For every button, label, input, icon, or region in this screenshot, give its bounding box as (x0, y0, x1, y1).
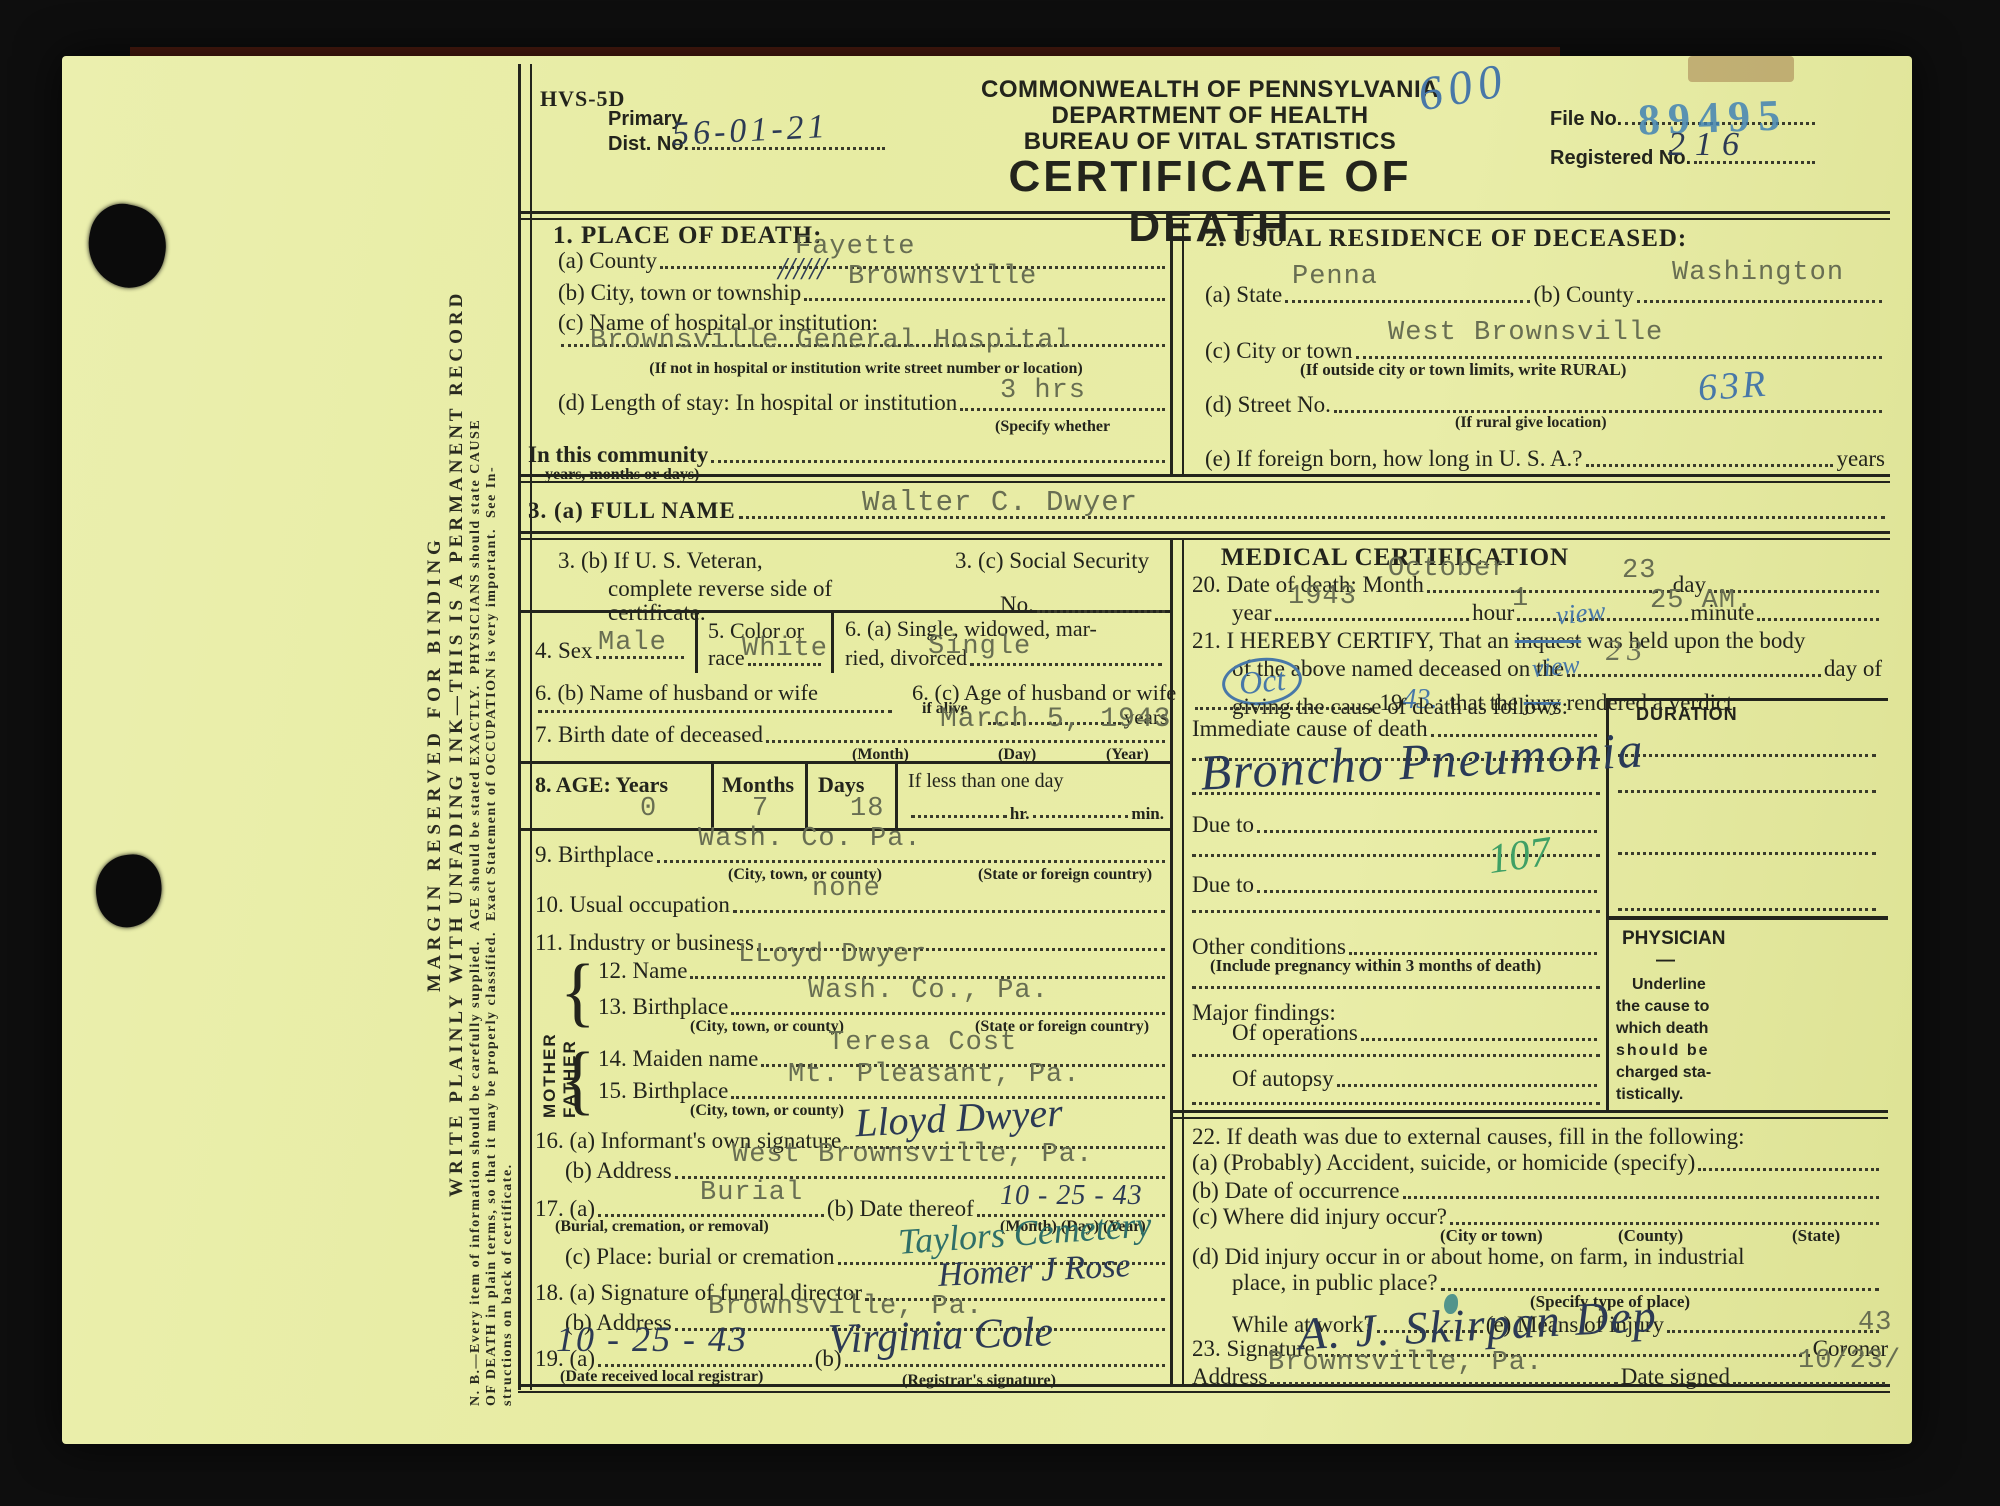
death-hour-value: 1 (1512, 584, 1529, 614)
husband-wife-label: 6. (b) Name of husband or wife (535, 680, 818, 706)
occupation-value: none (812, 874, 881, 904)
maiden-name-value: Teresa Cost (828, 1028, 1017, 1058)
dotted-line (1586, 462, 1834, 467)
dotted-line (1567, 672, 1821, 677)
dotted-line (911, 813, 1007, 818)
dotted-line (845, 1362, 1165, 1367)
birthplace-value: Wash. Co. Pa. (698, 824, 922, 854)
certify-line-1: 21. I HEREBY CERTIFY, That an inquest wa… (1192, 628, 1805, 654)
pregnancy-note: (Include pregnancy within 3 months of de… (1210, 956, 1541, 976)
dotted-line (598, 1362, 812, 1367)
coroner-address-label: Address (1192, 1364, 1267, 1390)
binding-margin-text: MARGIN RESERVED FOR BINDING WRITE PLAINL… (424, 60, 516, 1412)
margin-line-3: N. B.—Every item of information should b… (468, 60, 484, 1412)
sex-cell-divider-2 (831, 613, 834, 673)
less-than-day-header: If less than one day (908, 770, 1064, 793)
handwritten-view-1: view (1555, 595, 1607, 631)
registrar-signature: Virginia Cole (827, 1308, 1054, 1364)
ssn-label-2: No. (1000, 592, 1034, 618)
birth-date-label: 7. Birth date of deceased (535, 722, 763, 748)
dotted-line (1667, 1328, 1879, 1333)
mother-brace: { (560, 1036, 596, 1125)
occupation-label: 10. Usual occupation (535, 892, 730, 918)
duration-box-bottom (1606, 916, 1888, 920)
dotted-line (804, 296, 1165, 301)
death-year-label: year (1232, 600, 1272, 626)
burial-place-label: (c) Place: burial or cremation (565, 1244, 835, 1270)
dotted-line (1033, 813, 1129, 818)
death-minute-value: 25 AM. (1650, 586, 1753, 616)
tape-mark (1688, 56, 1794, 82)
dotted-line (1698, 1166, 1879, 1171)
county-residence-value: Washington (1672, 258, 1844, 288)
date-signed-label: Date signed (1621, 1364, 1730, 1390)
dotted-line (766, 738, 1165, 743)
occurrence-date-label: (b) Date of occurrence (1192, 1178, 1400, 1204)
dotted-line (1757, 616, 1879, 621)
age-cell-divider-3 (895, 764, 898, 828)
of-autopsy-label: Of autopsy (1232, 1066, 1334, 1092)
registrar-signature-note: (Registrar's signature) (902, 1372, 1056, 1390)
dotted-line (538, 708, 892, 713)
veteran-label-3: certificate. (608, 600, 706, 626)
accident-label: (a) (Probably) Accident, suicide, or hom… (1192, 1150, 1695, 1176)
length-of-stay-label: (d) Length of stay: In hospital or insti… (558, 390, 957, 416)
cause-code-107: 107 (1485, 828, 1554, 884)
burial-note: (Burial, cremation, or removal) (555, 1218, 769, 1236)
ssn-label-1: 3. (c) Social Security (955, 548, 1149, 574)
certify-pre: 21. I HEREBY CERTIFY, That an (1192, 628, 1515, 653)
column-divider-bottom (1170, 538, 1184, 1386)
rural-location-note: (If rural give location) (1455, 414, 1607, 432)
sex-label: 4. Sex (535, 638, 593, 664)
age-cell-divider-1 (711, 764, 714, 828)
rule-above-22 (1172, 1110, 1888, 1119)
foreign-born-label: (e) If foreign born, how long in U. S. A… (1205, 446, 1583, 472)
dotted-line (733, 908, 1165, 913)
injury-city-note: (City or town) (1440, 1226, 1543, 1246)
dotted-line (731, 1010, 1165, 1015)
inquest-word-struck: inquest (1515, 628, 1581, 653)
date-signed-year-value: 43 (1858, 1308, 1892, 1338)
margin-line-2: WRITE PLAINLY WITH UNFADING INK—THIS IS … (446, 60, 468, 1412)
dotted-line (1334, 408, 1882, 413)
inquest-day-handwritten: 23 (1606, 634, 1648, 668)
death-year-value: 1943 (1288, 582, 1357, 612)
handwritten-view-2: view (1531, 650, 1581, 684)
dotted-line (1037, 608, 1165, 613)
dotted-line (1733, 1380, 1885, 1385)
margin-line-1: MARGIN RESERVED FOR BINDING (424, 60, 446, 1412)
column-divider-top (1170, 218, 1184, 474)
ops-dotted (1192, 1052, 1600, 1057)
handwritten-slashes: ////// (778, 250, 825, 287)
duration-dotted-2 (1618, 788, 1876, 793)
father-brace: { (560, 948, 596, 1037)
other-dotted (1192, 984, 1600, 989)
autopsy-dotted (1192, 1100, 1600, 1105)
dotted-line (1637, 298, 1882, 303)
county-residence-label: (b) County (1533, 282, 1633, 308)
injury-place-label-1: (d) Did injury occur in or about home, o… (1192, 1244, 1745, 1270)
min-label: min. (1131, 804, 1164, 823)
death-hour-label: hour (1472, 600, 1514, 626)
dotted-line (1403, 1194, 1879, 1199)
dotted-line (657, 858, 1165, 863)
dotted-line (1270, 1380, 1617, 1385)
age-years-value: 0 (640, 794, 657, 824)
screenshot-root: { "colors":{"paper":"#e9eda8","ink":"#23… (0, 0, 2000, 1506)
year-note: (Year) (1106, 746, 1149, 764)
father-birthplace-value: Wash. Co., Pa. (808, 976, 1049, 1006)
dotted-line (1349, 950, 1597, 955)
physician-note-5: charged sta- (1616, 1064, 1711, 1082)
dotted-line (711, 458, 1165, 463)
specify-whether-note: (Specify whether (995, 418, 1110, 436)
marital-value: Single (928, 632, 1031, 662)
physician-note-1: Underline (1632, 976, 1706, 994)
injury-state-note: (State) (1792, 1226, 1840, 1246)
due-dotted-2 (1192, 908, 1600, 913)
duration-dotted-1 (1618, 752, 1876, 757)
state-value: Penna (1292, 262, 1378, 292)
city-or-town-value: West Brownsville (1388, 318, 1663, 348)
physician-note-3: which death (1616, 1020, 1708, 1038)
dotted-line (960, 406, 1165, 411)
dotted-line (1356, 354, 1882, 359)
city-town-value: Brownsville (848, 262, 1037, 292)
injury-where-label: (c) Where did injury occur? (1192, 1204, 1447, 1230)
section2-title: 2. USUAL RESIDENCE OF DECEASED: (1205, 225, 1687, 253)
full-name-label: 3. (a) FULL NAME (528, 498, 736, 524)
due-to-1-label: Due to (1192, 812, 1254, 838)
rule-above-fullname (518, 474, 1890, 483)
hospital-value: Brownsville General Hospital (590, 326, 1072, 356)
dotted-line (1450, 1220, 1879, 1225)
dotted-line (1361, 1036, 1597, 1041)
mother-birthplace-note: (City, town, or county) (690, 1102, 844, 1120)
age-months-value: 7 (752, 794, 769, 824)
death-month-value: October (1388, 554, 1508, 584)
birthplace-label: 9. Birthplace (535, 842, 654, 868)
informant-address-label: (b) Address (565, 1158, 672, 1184)
duration-dotted-4 (1618, 906, 1876, 911)
file-no-label: File No. (1550, 108, 1622, 130)
mother-birthplace-value: Mt. Pleasant, Pa. (788, 1060, 1080, 1090)
rule-age-top (521, 761, 1170, 764)
duration-dotted-3 (1618, 850, 1876, 855)
full-name-value: Walter C. Dwyer (862, 486, 1138, 519)
veteran-label-2: complete reverse side of (608, 576, 832, 602)
dotted-line (598, 1212, 824, 1217)
in-this-community-label: In this community (528, 442, 708, 468)
physician-header: PHYSICIAN (1622, 928, 1725, 950)
maiden-name-label: 14. Maiden name (598, 1046, 758, 1072)
death-day-value: 23 (1622, 556, 1656, 586)
org-line-1: COMMONWEALTH OF PENNSYLVANIA (950, 76, 1470, 104)
father-name-value: LLoyd Dwyer (738, 940, 927, 970)
street-no-label: (d) Street No. (1205, 392, 1331, 418)
father-birthplace-note-1: (City, town, or county) (690, 1018, 844, 1036)
rural-note: (If outside city or town limits, write R… (1300, 360, 1626, 380)
due-to-2-label: Due to (1192, 872, 1254, 898)
dotted-line (1337, 1082, 1597, 1087)
mother-birthplace-label: 15. Birthplace (598, 1078, 728, 1104)
org-line-2: DEPARTMENT OF HEALTH (950, 102, 1470, 130)
date-signed-value: 10/23/ (1798, 1346, 1901, 1376)
age-cell-divider-2 (805, 764, 808, 828)
dotted-line (1257, 888, 1597, 893)
registrar-date-value: 10 - 25 - 43 (556, 1318, 748, 1360)
day-of-label: day of (1824, 656, 1882, 682)
month-note: (Month) (852, 746, 909, 764)
informant-address-value: West Brownsville, Pa. (732, 1140, 1093, 1170)
margin-line-5: structions on back of certificate. (500, 60, 516, 1412)
cause-dotted-2 (1192, 790, 1600, 795)
sex-value: Male (598, 628, 667, 658)
foreign-born-unit: years (1836, 446, 1885, 472)
dotted-line (1275, 616, 1470, 621)
age-days-value: 18 (850, 794, 884, 824)
day-note: (Day) (998, 746, 1036, 764)
physician-note-2: the cause to (1616, 998, 1709, 1016)
county-label: (a) County (558, 248, 657, 274)
dotted-line (1441, 1286, 1879, 1291)
veteran-label-1: 3. (b) If U. S. Veteran, (558, 548, 763, 574)
form-left-border (518, 64, 532, 1390)
birthplace-note-2: (State or foreign country) (978, 866, 1152, 884)
hr-label: hr. (1010, 804, 1030, 823)
dotted-line (1427, 588, 1670, 593)
street-no-value-handwritten: 63R (1697, 362, 1770, 411)
rule-below-fullname (518, 531, 1890, 540)
community-note: years, months or days) (545, 466, 699, 484)
father-birthplace-label: 13. Birthplace (598, 994, 728, 1020)
registered-no-value-handwritten: 216 (1668, 126, 1749, 164)
section1-title: 1. PLACE OF DEATH: (553, 222, 822, 250)
color-race-label-2: race (708, 646, 745, 671)
physician-note-4: should be (1616, 1042, 1710, 1060)
physician-note-6: tistically. (1616, 1086, 1683, 1104)
birth-date-value: March 5, 1943 (940, 704, 1171, 735)
margin-line-4: OF DEATH in plain terms, so that it may … (484, 60, 500, 1412)
injury-county-note: (County) (1618, 1226, 1683, 1246)
section22-title: 22. If death was due to external causes,… (1192, 1124, 1744, 1150)
father-name-label: 12. Name (598, 958, 687, 984)
dotted-line (1285, 298, 1530, 303)
of-operations-label: Of operations (1232, 1020, 1358, 1046)
duration-header: DURATION (1636, 704, 1738, 725)
injury-place-label-2: place, in public place? (1232, 1270, 1438, 1296)
registrar-received-note: (Date received local registrar) (560, 1368, 763, 1386)
color-race-value: White (742, 634, 828, 664)
burial-value: Burial (700, 1178, 803, 1208)
physician-dash: — (1656, 950, 1675, 972)
physician-box-left (1606, 920, 1609, 1112)
length-of-stay-value: 3 hrs (1000, 376, 1086, 406)
state-label: (a) State (1205, 282, 1282, 308)
coroner-address-value: Brownsville, Pa. (1268, 1348, 1543, 1378)
city-town-label: (b) City, town or township (558, 280, 801, 306)
